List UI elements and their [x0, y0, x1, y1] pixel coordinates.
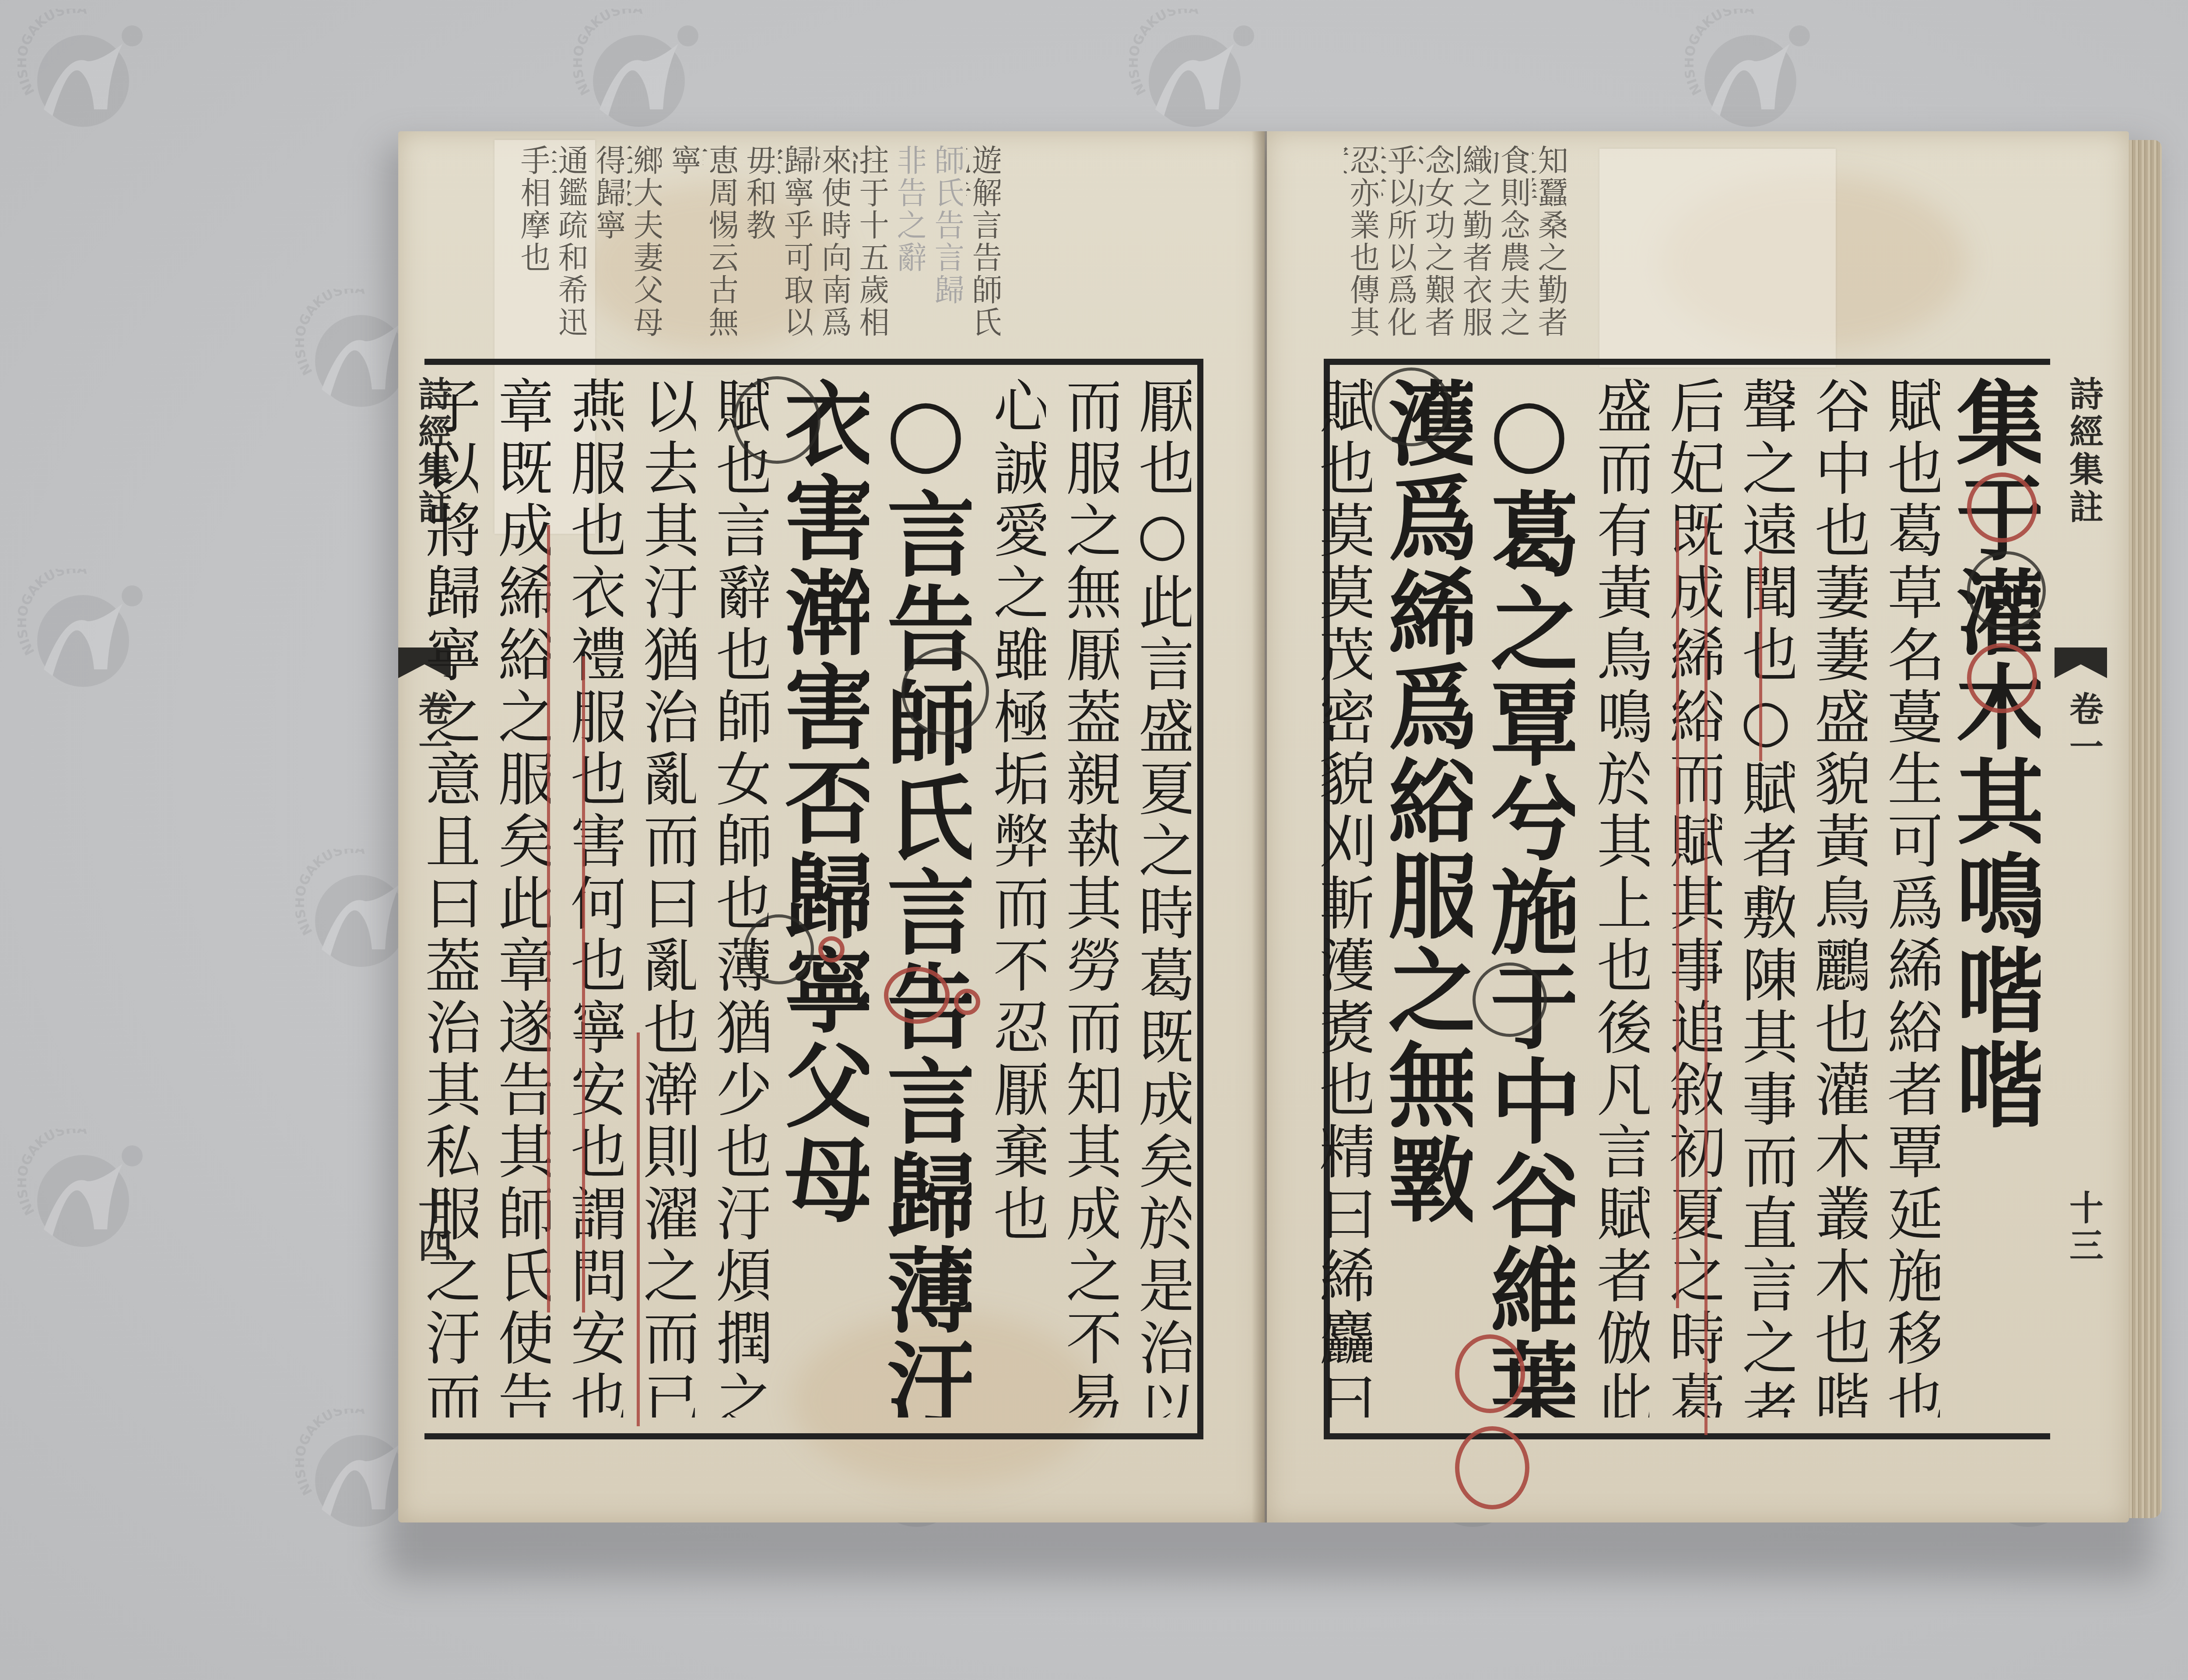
- red-circle-mark: [1967, 643, 2037, 713]
- marginal-note: 知蠶桑之勤者之鮮: [1532, 144, 1566, 354]
- marginal-note: 手相摩也: [515, 144, 549, 354]
- red-underline: [1704, 516, 1708, 1435]
- red-circle-mark: [954, 989, 980, 1015]
- marginal-note: [1871, 144, 1905, 354]
- fish-tail-mark: [2055, 647, 2107, 678]
- text-column: 盛而有黃鳥鳴於其上也後凡言賦者倣此: [1584, 376, 1649, 1417]
- text-column: 賦也言辭也師女師也薄猶少也汙煩撋之: [703, 376, 768, 1417]
- marginal-note: 非告之辭: [891, 144, 925, 354]
- red-circle-mark: [818, 936, 845, 962]
- book-page-edges: [2127, 140, 2162, 1518]
- marginal-note: 拄于十五歲相治: [853, 144, 887, 354]
- block-heart-title: 詩經集註: [2059, 376, 2108, 527]
- ode-text-column: 濩爲絺爲綌服之無斁: [1381, 376, 1473, 1417]
- volume-label: 卷一: [2059, 691, 2108, 766]
- text-column: 厭也○此言盛夏之時葛既成矣於是治以爲布: [1126, 376, 1191, 1417]
- red-underline: [1676, 521, 1679, 1308]
- text-column: 賦也莫莫茂密貌刈斬濩煑也精曰絺麤曰綌斁: [1306, 376, 1372, 1417]
- text-column: 子以將歸寧之意且曰葢治其私服之汙而澣其: [412, 376, 478, 1417]
- red-circle-mark: [1455, 1334, 1525, 1413]
- marginal-note: 師氏告言歸: [929, 144, 963, 354]
- marginal-note: 得歸寧: [590, 144, 624, 354]
- text-column: 而服之無厭葢親執其勞而知其成之不易所以: [1053, 376, 1119, 1417]
- text-column: 聲之遠聞也○賦者敷陳其事而直言之者也葢: [1729, 376, 1795, 1417]
- text-column: 心誠愛之雖極垢弊而不忍厭棄也: [980, 376, 1046, 1417]
- text-column: 以去其汙猶治亂而曰亂也澣則濯之而已私: [630, 376, 696, 1417]
- red-underline: [547, 525, 550, 1312]
- marginal-note: 乎以所以爲化天下: [1382, 144, 1416, 354]
- marginal-note: [1758, 144, 1792, 354]
- ink-circle-mark: [744, 914, 814, 984]
- marginal-note: 毋和教: [740, 144, 775, 354]
- marginal-note: [1908, 144, 1943, 354]
- marginal-note: [1607, 144, 1641, 354]
- red-circle-mark: [1967, 472, 2037, 542]
- ode-text-column: ○葛之覃兮施于中谷維葉莫莫是刈是: [1483, 376, 1575, 1417]
- red-circle-mark: [1455, 1426, 1529, 1509]
- right-text-columns: 集于灌木其鳴喈喈 賦也葛草名蔓生可爲絺綌者覃延施移也中谷 谷中也萋萋盛貌黃鳥鸝也…: [1332, 376, 2046, 1417]
- marginal-note: [1720, 144, 1754, 354]
- marginal-note: 念女功之艱者不勤: [1419, 144, 1453, 354]
- marginal-note: [1570, 144, 1604, 354]
- text-column: 后妃既成絺綌而賦其事追敘初夏之時葛葉方: [1656, 376, 1722, 1417]
- marginal-note: 來使時向南爲婦: [816, 144, 850, 354]
- marginal-note: 寧: [665, 144, 699, 354]
- text-column: 章既成絺綌之服矣此章遂告其師氏使告于君: [485, 376, 551, 1417]
- red-underline: [1759, 551, 1762, 761]
- text-column: 燕服也衣禮服也害何也寧安也謂問安也○上: [558, 376, 623, 1417]
- left-top-notes: 遊解言告師氏已告 師氏告言歸 非告之辭 拄于十五歲相治 來使時向南爲婦 歸寧乎可…: [477, 144, 1002, 354]
- marginal-note: 食則念農夫之勤: [1494, 144, 1529, 354]
- left-page: 遊解言告師氏已告 師氏告言歸 非告之辭 拄于十五歲相治 來使時向南爲婦 歸寧乎可…: [398, 131, 1265, 1522]
- marginal-note: [1833, 144, 1867, 354]
- marginal-note: 恵周惕云古無言: [703, 144, 737, 354]
- red-underline: [582, 656, 585, 1312]
- marginal-note: 遊解言告師氏已告: [966, 144, 1000, 354]
- right-page: 知蠶桑之勤者之鮮 食則念農夫之勤 織之勤者衣服則 念女功之艱者不勤 乎以所以爲化…: [1267, 131, 2129, 1522]
- marginal-note: [1645, 144, 1679, 354]
- marginal-note: 鄉大夫妻父母既沒: [628, 144, 662, 354]
- ode-text-column: ○言告師氏言告言歸薄汙我私薄澣我: [880, 376, 971, 1417]
- ode-text-column: 衣害澣害否歸寧父母: [777, 376, 869, 1417]
- marginal-note: 忍亦業也傳其實: [1344, 144, 1378, 354]
- ink-circle-mark: [1372, 367, 1451, 446]
- marginal-note: 通鑑疏和希迅注: [552, 144, 586, 354]
- ink-circle-mark: [1967, 551, 2046, 630]
- marginal-note: [1946, 144, 1980, 354]
- marginal-note: [1683, 144, 1717, 354]
- marginal-note: 歸寧乎可取以安: [778, 144, 812, 354]
- ink-circle-mark: [1473, 962, 1547, 1037]
- ink-circle-mark: [733, 376, 820, 464]
- right-top-notes: 知蠶桑之勤者之鮮 食則念農夫之勤 織之勤者衣服則 念女功之艱者不勤 乎以所以爲化…: [1276, 144, 2020, 354]
- page-number: 十三: [2059, 1190, 2108, 1265]
- marginal-note: [1984, 144, 2018, 354]
- marginal-note: 織之勤者衣服則: [1457, 144, 1491, 354]
- red-circle-mark: [884, 967, 950, 1024]
- text-column: 賦也葛草名蔓生可爲絺綌者覃延施移也中谷: [1874, 376, 1940, 1417]
- marginal-note: [1795, 144, 1830, 354]
- text-column: 谷中也萋萋盛貌黃鳥鸝也灌木叢木也喈喈和: [1802, 376, 1867, 1417]
- red-underline: [637, 1032, 640, 1426]
- ink-circle-mark: [901, 647, 989, 735]
